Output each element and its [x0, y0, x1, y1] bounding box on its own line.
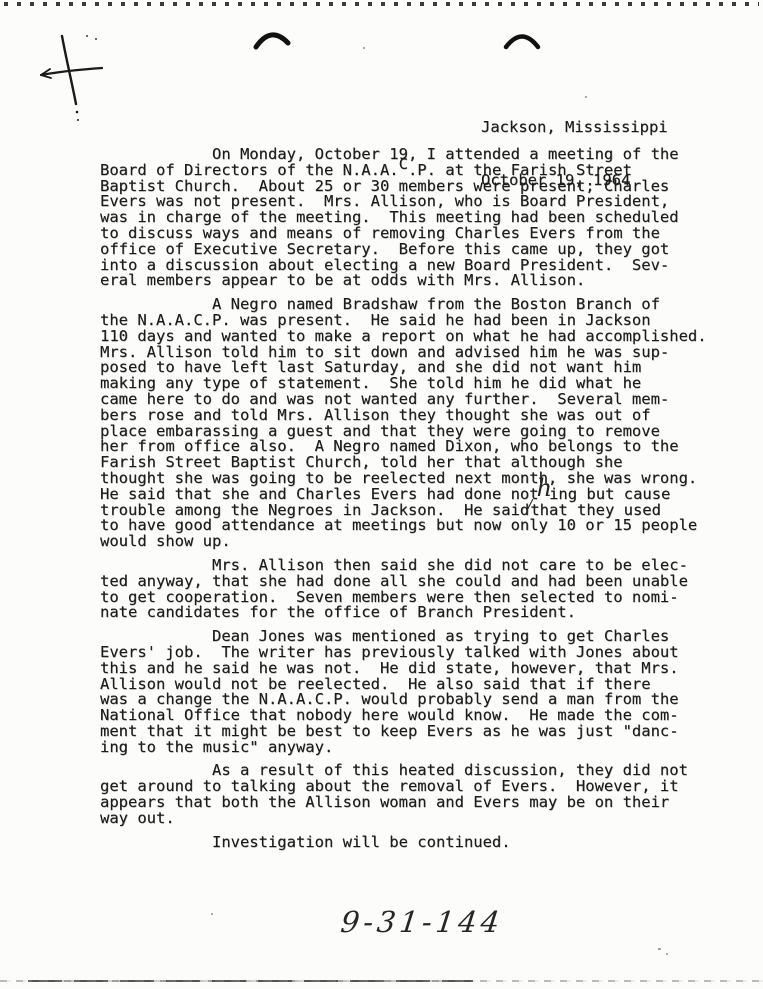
ink-crescent-mark-right: [502, 30, 542, 54]
text-line: ing to the music" anyway.: [100, 740, 707, 756]
paragraph: A Negro named Bradshaw from the Boston B…: [100, 297, 707, 550]
text-line: appears that both the Allison woman and …: [100, 795, 707, 811]
text-line: eral members appear to be at odds with M…: [100, 273, 707, 289]
scan-speckle: [658, 948, 661, 950]
handwritten-cross-mark: [35, 28, 115, 124]
scan-speckle: [211, 913, 213, 915]
perforation-line-bottom-dark: [28, 980, 473, 982]
text-line: Investigation will be continued.: [100, 835, 707, 851]
scanned-document-page: Jackson, Mississippi October 19, 1964 On…: [0, 0, 763, 989]
raised-typed-character: C: [399, 155, 408, 173]
document-body: On Monday, October 19, I attended a meet…: [100, 147, 707, 858]
handwritten-reference-number: 9-31-144: [339, 905, 505, 939]
paragraph: Investigation will be continued.: [100, 835, 707, 851]
ink-crescent-mark-left: [252, 28, 292, 52]
text-line: nate candidates for the office of Branch…: [100, 605, 707, 621]
scan-speckle: [363, 47, 365, 49]
text-line: way out.: [100, 811, 707, 827]
paragraph: On Monday, October 19, I attended a meet…: [100, 147, 707, 289]
paragraph: As a result of this heated discussion, t…: [100, 763, 707, 826]
scan-speckle: [585, 96, 587, 98]
scan-speckle: [666, 953, 668, 955]
text-line: would show up.: [100, 534, 707, 550]
paragraph: Dean Jones was mentioned as trying to ge…: [100, 629, 707, 755]
location-line: Jackson, Mississippi: [481, 119, 668, 137]
paragraph: Mrs. Allison then said she did not care …: [100, 558, 707, 621]
perforation-dots-top: [4, 2, 759, 6]
